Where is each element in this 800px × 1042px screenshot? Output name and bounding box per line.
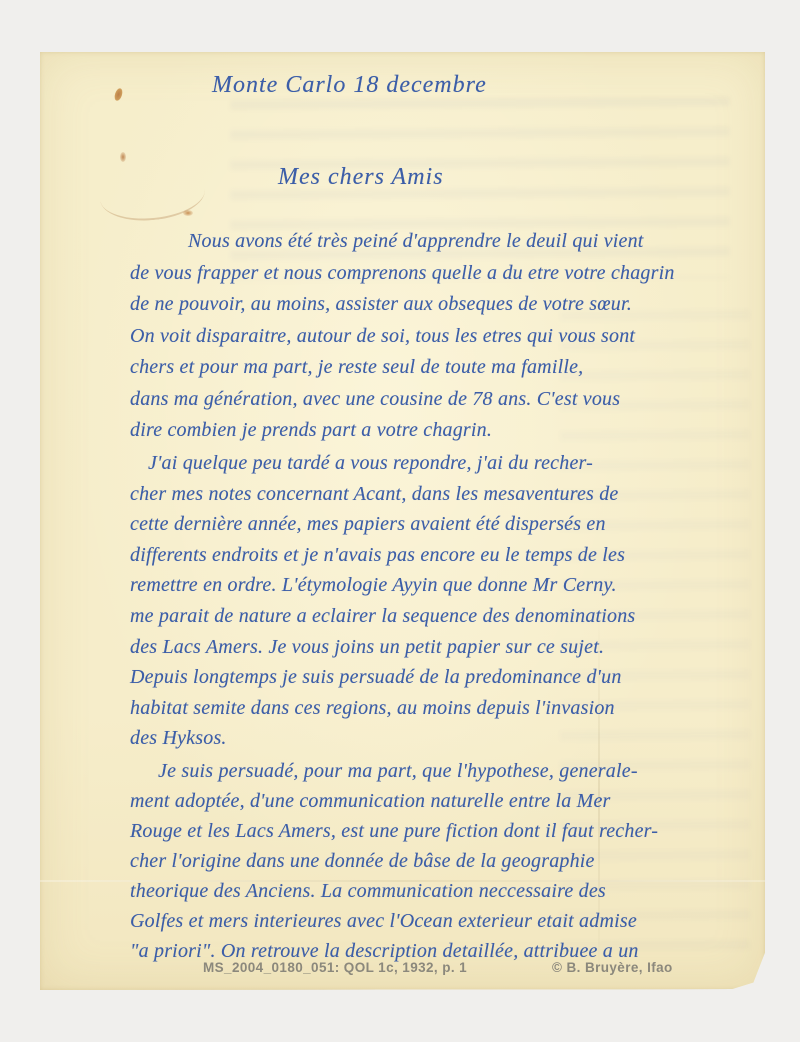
salutation: Mes chers Amis bbox=[278, 164, 444, 191]
handwritten-line: Rouge et les Lacs Amers, est une pure fi… bbox=[130, 820, 730, 850]
handwritten-line: cher mes notes concernant Acant, dans le… bbox=[130, 483, 730, 514]
handwritten-line: Nous avons été très peiné d'apprendre le… bbox=[130, 230, 730, 262]
archive-reference: MS_2004_0180_051: QOL 1c, 1932, p. 1 bbox=[203, 960, 467, 975]
handwritten-line: theorique des Anciens. La communication … bbox=[130, 880, 730, 910]
handwritten-line: dire combien je prends part a votre chag… bbox=[130, 419, 730, 451]
handwritten-line: dans ma génération, avec une cousine de … bbox=[130, 388, 730, 420]
handwritten-line: Golfes et mers interieures avec l'Ocean … bbox=[130, 910, 730, 940]
rust-stain bbox=[183, 210, 193, 216]
handwritten-line: differents endroits et je n'avais pas en… bbox=[130, 544, 730, 575]
scan-background: Monte Carlo 18 decembre Mes chers Amis N… bbox=[0, 0, 800, 1042]
handwritten-line: cette dernière année, mes papiers avaien… bbox=[130, 513, 730, 544]
paragraph-condolences: Nous avons été très peiné d'apprendre le… bbox=[130, 230, 730, 451]
handwritten-line: J'ai quelque peu tardé a vous repondre, … bbox=[130, 452, 730, 483]
handwritten-line: chers et pour ma part, je reste seul de … bbox=[130, 356, 730, 388]
rust-stain bbox=[113, 87, 124, 102]
paragraph-hypothesis: Je suis persuadé, pour ma part, que l'hy… bbox=[130, 760, 730, 970]
handwritten-line: me parait de nature a eclairer la sequen… bbox=[130, 605, 730, 636]
handwritten-line: de vous frapper et nous comprenons quell… bbox=[130, 262, 730, 294]
handwritten-line: des Hyksos. bbox=[130, 727, 730, 758]
letter-page: Monte Carlo 18 decembre Mes chers Amis N… bbox=[40, 52, 765, 990]
handwritten-line: des Lacs Amers. Je vous joins un petit p… bbox=[130, 636, 730, 667]
handwritten-line: Depuis longtemps je suis persuadé de la … bbox=[130, 666, 730, 697]
paragraph-notes-etymology: J'ai quelque peu tardé a vous repondre, … bbox=[130, 452, 730, 758]
handwritten-line: cher l'origine dans une donnée de bâse d… bbox=[130, 850, 730, 880]
handwritten-line: On voit disparaitre, autour de soi, tous… bbox=[130, 325, 730, 357]
copyright-notice: © B. Bruyère, Ifao bbox=[552, 960, 673, 975]
handwritten-line: remettre en ordre. L'étymologie Ayyin qu… bbox=[130, 574, 730, 605]
rust-stain bbox=[120, 152, 126, 162]
rust-stain bbox=[98, 165, 208, 226]
handwritten-line: ment adoptée, d'une communication nature… bbox=[130, 790, 730, 820]
handwritten-line: de ne pouvoir, au moins, assister aux ob… bbox=[130, 293, 730, 325]
dateline: Monte Carlo 18 decembre bbox=[212, 72, 487, 99]
archive-caption: MS_2004_0180_051: QOL 1c, 1932, p. 1 © B… bbox=[40, 960, 765, 980]
handwritten-line: Je suis persuadé, pour ma part, que l'hy… bbox=[130, 760, 730, 790]
handwritten-line: habitat semite dans ces regions, au moin… bbox=[130, 697, 730, 728]
